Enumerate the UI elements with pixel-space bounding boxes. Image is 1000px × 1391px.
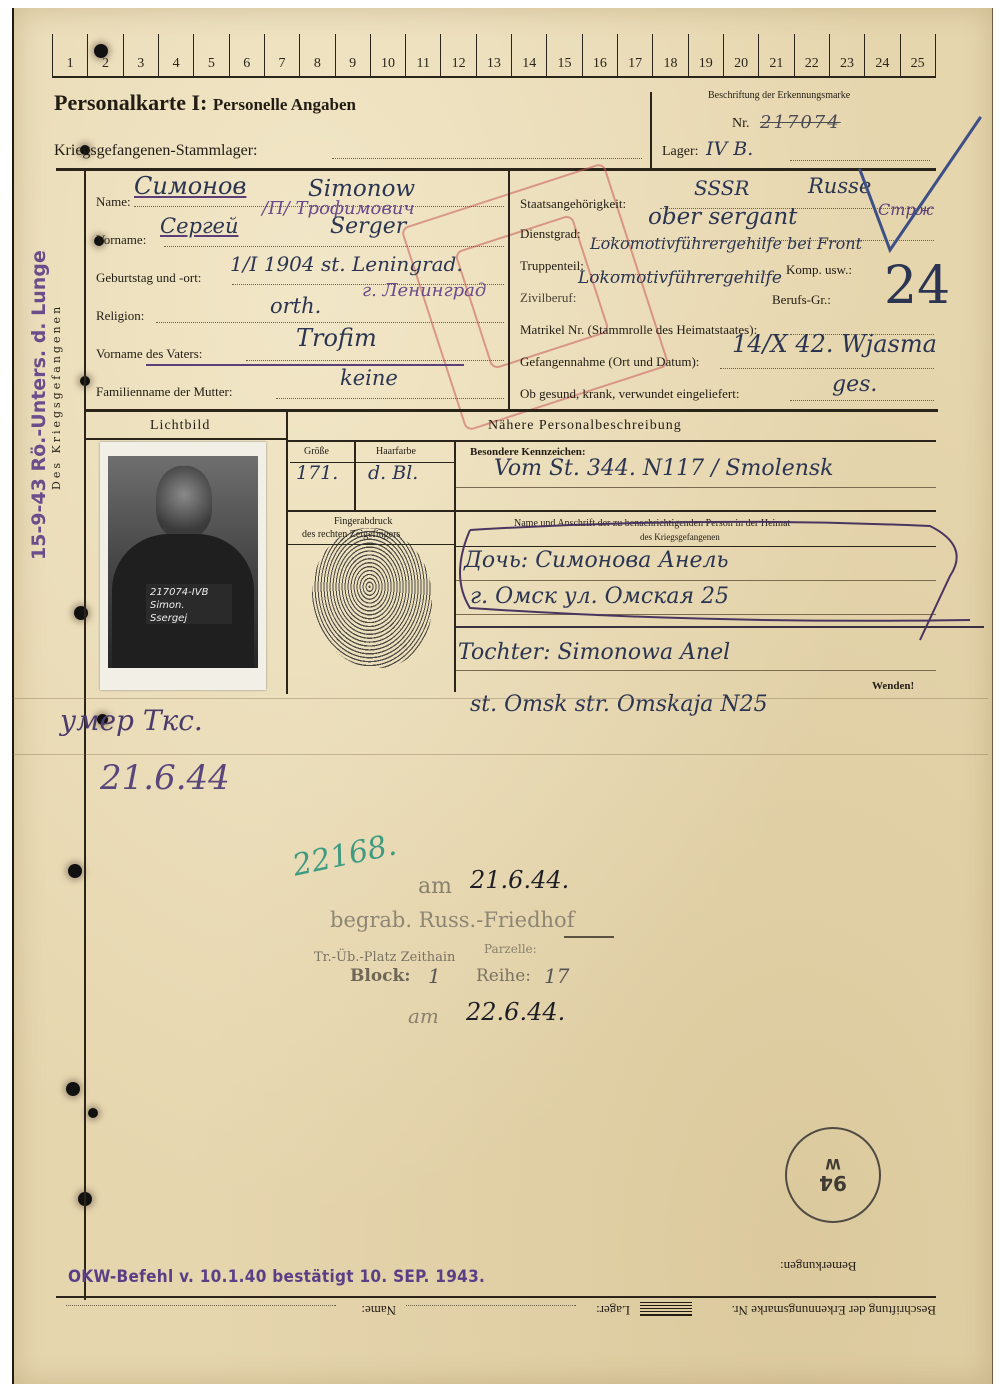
death-note: умер Ткс. <box>60 704 203 737</box>
dienstgrad-value: ober sergant <box>648 204 797 230</box>
zivilberuf-label: Zivilberuf: <box>520 290 576 306</box>
okw-stamp: OKW-Befehl v. 10.1.40 bestätigt 10. SEP.… <box>68 1267 485 1287</box>
staat-label: Staatsangehörigkeit: <box>520 196 626 212</box>
burial-stamp: am 21.6.44. begrab. Russ.-Friedhof Tr.-Ü… <box>300 866 660 1036</box>
stamp-place: Tr.-Üb.-Platz Zeithain <box>314 950 455 965</box>
ruler-cell: 16 <box>582 34 617 76</box>
circle-stamp: 94 W <box>785 1127 881 1223</box>
ruler-cell: 21 <box>758 34 793 76</box>
punch-hole <box>66 1082 80 1096</box>
description-heading: Nähere Personalbeschreibung <box>488 418 682 434</box>
reihe-value: 17 <box>544 964 569 988</box>
groesse-value: 171. <box>296 462 338 484</box>
ruler-cell: 9 <box>335 34 370 76</box>
vater-label: Vorname des Vaters: <box>96 346 202 362</box>
ruler-cell: 22 <box>794 34 829 76</box>
finger-label-1: Fingerabdruck <box>334 516 392 527</box>
berufs-value: 24 <box>884 256 950 316</box>
ruler-cell: 14 <box>511 34 546 76</box>
lichtbild-label: Lichtbild <box>150 418 210 434</box>
ruler-cell: 7 <box>264 34 299 76</box>
burial-date: 22.6.44. <box>466 998 565 1026</box>
reihe-label: Reihe: <box>476 966 531 986</box>
name-label: Name: <box>96 194 131 210</box>
stamp-date: 21.6.44. <box>470 866 569 894</box>
ruler-cell: 13 <box>476 34 511 76</box>
encircle-mark <box>450 516 970 646</box>
lager-label: Lager: <box>662 144 699 160</box>
lager-value: IV B. <box>706 138 753 160</box>
ruler-cell: 20 <box>723 34 758 76</box>
ruler-cell: 8 <box>299 34 334 76</box>
haarfarbe-label: Haarfarbe <box>376 446 416 457</box>
religion-label: Religion: <box>96 308 144 324</box>
ruler-cell: 10 <box>370 34 405 76</box>
gefangen-value: 14/X 42. Wjasma <box>732 330 937 358</box>
name-plate: 217074-IVB Simon. Ssergej <box>146 584 232 624</box>
komp-label: Komp. usw.: <box>786 262 852 278</box>
ruler-cell: 23 <box>829 34 864 76</box>
contact-line-4: st. Omsk str. Omskaja N25 <box>470 692 768 717</box>
title-main: Personalkarte I: <box>54 90 207 115</box>
truppenteil-label: Truppenteil: <box>520 258 584 274</box>
ruler-cell: 25 <box>900 34 936 76</box>
matrikel-label: Matrikel Nr. (Stammrolle des Heimatstaat… <box>520 322 757 338</box>
stammlager-label: Kriegsgefangenen-Stammlager: <box>54 142 257 160</box>
haarfarbe-value: d. Bl. <box>368 462 418 484</box>
stamp-line: begrab. Russ.-Friedhof <box>330 908 574 932</box>
ruler-cell: 5 <box>193 34 228 76</box>
staat-value: SSSR <box>694 176 749 200</box>
footer-tag-row: Beschriftung der Erkennungsmarke Nr. Lag… <box>56 1300 936 1320</box>
truppenteil-value: Lokomotivführergehilfe bei Front <box>590 234 862 253</box>
gesund-value: ges. <box>832 372 877 397</box>
name-value-cyrillic: Симонов <box>134 172 246 200</box>
patronymic-note: /П/ Трофимович <box>262 198 415 219</box>
ruler-cell: 6 <box>229 34 264 76</box>
ruler-cell: 15 <box>546 34 581 76</box>
side-stamp: 15-9-43 Rö.-Unters. d. Lunge Des Kriegsg… <box>28 250 63 560</box>
death-date: 21.6.44 <box>100 758 230 798</box>
berufs-label: Berufs-Gr.: <box>772 292 831 308</box>
card-title: Personalkarte I: Personelle Angaben <box>54 90 356 116</box>
ruler-cell: 17 <box>617 34 652 76</box>
tag-caption: Beschriftung der Erkennungsmarke <box>708 90 850 101</box>
mutter-value: keine <box>340 366 398 390</box>
bemerkungen-label: Bemerkungen: <box>780 1258 857 1274</box>
ruler-cell: 24 <box>864 34 899 76</box>
nr-label: Nr. <box>732 116 750 132</box>
punch-hole <box>68 864 82 878</box>
mutter-label: Familienname der Mutter: <box>96 384 232 400</box>
ruler-cell: 19 <box>688 34 723 76</box>
ruler-cell: 18 <box>652 34 687 76</box>
gefangen-label: Gefangennahme (Ort und Datum): <box>520 354 699 370</box>
vater-value: Trofim <box>296 324 377 352</box>
religion-value: orth. <box>270 294 321 318</box>
block-label: Block: <box>350 966 411 986</box>
wenden-label: Wenden! <box>872 680 914 692</box>
side-stamp-main: 15-9-43 Rö.-Unters. d. Lunge <box>28 250 50 560</box>
punch-hole <box>88 1108 98 1118</box>
zivilberuf-value: Lokomotivführergehilfe <box>578 268 782 288</box>
geburt-value: 1/I 1904 st. Leningrad. <box>230 252 463 276</box>
geburt-label: Geburtstag und -ort: <box>96 270 201 286</box>
groesse-label: Größe <box>304 446 329 457</box>
ruler-cell: 4 <box>158 34 193 76</box>
prisoner-photo: 217074-IVB Simon. Ssergej <box>100 442 266 690</box>
check-mark-icon <box>850 110 990 260</box>
vorname-label: Vorname: <box>96 232 146 248</box>
vorname-value-cyrillic: Сергей <box>160 214 239 238</box>
burial-prefix: am <box>408 1004 439 1028</box>
punch-hole <box>94 44 108 58</box>
nr-value: 217074 <box>760 112 841 133</box>
gesund-label: Ob gesund, krank, verwundet eingeliefert… <box>520 386 739 402</box>
ruler-cell: 3 <box>123 34 158 76</box>
dienstgrad-label: Dienstgrad: <box>520 226 581 242</box>
kennzeichen-value: Vom St. 344. N117 / Smolensk <box>494 456 834 481</box>
ruler-cell: 12 <box>440 34 475 76</box>
ruler-cell: 11 <box>405 34 440 76</box>
side-stamp-sub: Des Kriegsgefangenen <box>50 250 63 560</box>
block-value: 1 <box>428 964 441 988</box>
parzelle-label: Parzelle: <box>484 942 537 956</box>
ruler-cell: 1 <box>52 34 87 76</box>
number-ruler: 1234567891011121314151617181920212223242… <box>52 34 936 78</box>
title-sub: Personelle Angaben <box>213 95 356 114</box>
